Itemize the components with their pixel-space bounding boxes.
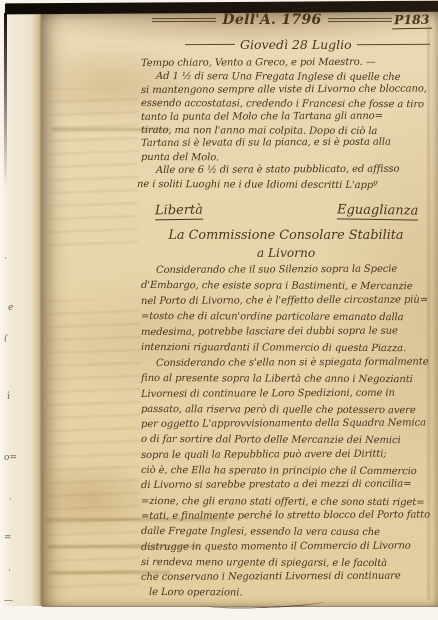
proclamation-paragraph-1: Considerando che il suo Silenzio sopra l… — [141, 263, 433, 355]
journal-entry: Tempo chiaro, Vento a Greco, e poi Maest… — [141, 57, 433, 191]
gutter-fragment: ( — [4, 334, 8, 344]
gutter-fragment: ì — [7, 392, 10, 402]
manuscript-line: Considerando che s'ella non si è spiegat… — [156, 355, 433, 372]
manuscript-line: Tartana si è levata di su la pianca, e s… — [141, 136, 433, 151]
gutter-fragment: · — [9, 495, 12, 505]
manuscript-line: distrugge in questo momento il Commercio… — [141, 538, 433, 555]
gutter-fragment: · — [4, 254, 7, 264]
slogan-liberta: Libertà — [155, 203, 203, 221]
gutter-fragment: e — [8, 303, 13, 313]
date-line: Giovedì 28 Luglio — [240, 37, 352, 52]
slogan-eguaglianza: Eguaglianza — [337, 202, 419, 220]
ink-bleedthrough-upper — [50, 88, 138, 253]
manuscript-line: si mantengono sempre alle viste di Livor… — [141, 82, 433, 97]
manuscript-line: Livornesi di continuare le Loro Spedizio… — [141, 385, 433, 402]
ink-bleedthrough-lower — [48, 300, 140, 592]
proclamation-heading-line2: a Livorno — [140, 246, 432, 260]
folio-number: P183 — [391, 12, 431, 30]
year-title: Dell'A. 1796 — [222, 12, 321, 28]
date-rule-right — [357, 44, 430, 45]
date-header: Giovedì 28 Luglio — [185, 37, 430, 52]
manuscript-line: che conservano i Negozianti Livornesi di… — [141, 569, 433, 586]
manuscript-line: ne i soliti Luoghi ne i due Idiomi descr… — [137, 178, 433, 193]
manuscript-scan: · e ( ì o= · = · — Dell'A. 1796 P183 Gio… — [0, 0, 438, 620]
manuscript-line: tanto la punta del Molo che la Tartana g… — [141, 109, 433, 124]
gutter-fragment: · — [8, 566, 11, 576]
gutter-fragment: o= — [4, 453, 17, 463]
manuscript-line: sopra le quali la Repubblica può avere d… — [141, 446, 433, 463]
binding-edge-line — [4, 13, 7, 188]
manuscript-line: Tempo chiaro, Vento a Greco, e poi Maest… — [141, 55, 433, 70]
manuscript-line: Considerando che il suo Silenzio sopra l… — [156, 262, 433, 279]
header-rule-left — [152, 18, 216, 22]
manuscript-line: nel Porto di Livorno, che è l'effetto de… — [141, 292, 433, 309]
proclamation-paragraph-2: Considerando che s'ella non si è spiegat… — [141, 356, 433, 601]
manuscript-line: =tati, e finalmente perché lo stretto bl… — [141, 507, 433, 524]
date-rule-left — [185, 44, 235, 45]
gutter-fragment: = — [4, 533, 12, 543]
republican-slogans: Libertà Eguaglianza — [141, 203, 428, 220]
manuscript-line: per oggetto L'approvvisionamento della S… — [141, 416, 433, 433]
page-header: Dell'A. 1796 — [152, 12, 392, 28]
gutter-fragment: — — [4, 596, 13, 606]
manuscript-line: medesima, potrebbe lasciare dei dubbi so… — [141, 323, 433, 340]
proclamation-heading-line1: La Commissione Consolare Stabilita — [140, 228, 432, 243]
header-rule-right — [328, 18, 392, 22]
manuscript-line: di Livorno si sarebbe prestato a dei mez… — [141, 477, 433, 494]
manuscript-line: Alle ore 6 ½ di sera è stato pubblicato,… — [156, 163, 433, 178]
